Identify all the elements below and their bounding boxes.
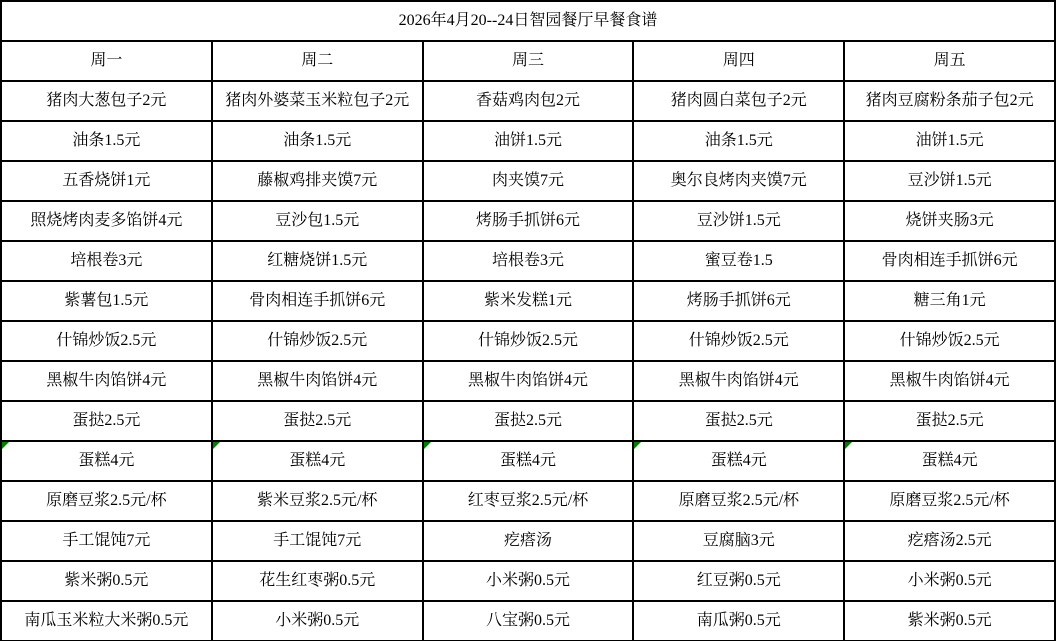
menu-cell: 骨肉相连手抓饼6元 <box>212 281 423 321</box>
cell-note-triangle-icon <box>424 442 431 449</box>
menu-cell: 红枣豆浆2.5元/杯 <box>423 481 634 521</box>
menu-cell: 蛋糕4元 <box>844 441 1055 481</box>
menu-item-label: 南瓜粥0.5元 <box>697 612 781 629</box>
menu-item-label: 五香烧饼1元 <box>62 172 150 189</box>
menu-cell: 烤肠手抓饼6元 <box>633 281 844 321</box>
menu-item-label: 原磨豆浆2.5元/杯 <box>889 492 1009 509</box>
menu-cell: 红糖烧饼1.5元 <box>212 241 423 281</box>
menu-cell: 小米粥0.5元 <box>212 601 423 641</box>
day-header-2: 周二 <box>212 41 423 81</box>
menu-cell: 紫米豆浆2.5元/杯 <box>212 481 423 521</box>
menu-cell: 疙瘩汤2.5元 <box>844 521 1055 561</box>
menu-cell: 什锦炒饭2.5元 <box>423 321 634 361</box>
menu-cell: 紫薯包1.5元 <box>1 281 212 321</box>
menu-item-label: 豆沙包1.5元 <box>275 212 359 229</box>
day-header-1: 周一 <box>1 41 212 81</box>
menu-cell: 骨肉相连手抓饼6元 <box>844 241 1055 281</box>
menu-item-label: 蛋挞2.5元 <box>705 412 773 429</box>
menu-item-label: 油条1.5元 <box>283 132 351 149</box>
menu-item-label: 烤肠手抓饼6元 <box>476 212 580 229</box>
menu-cell: 蛋糕4元 <box>212 441 423 481</box>
menu-cell: 什锦炒饭2.5元 <box>212 321 423 361</box>
table-row: 培根卷3元红糖烧饼1.5元培根卷3元蜜豆卷1.5骨肉相连手抓饼6元 <box>1 241 1055 281</box>
menu-item-label: 紫薯包1.5元 <box>64 292 148 309</box>
menu-item-label: 奥尔良烤肉夹馍7元 <box>671 172 807 189</box>
menu-cell: 猪肉豆腐粉条茄子包2元 <box>844 81 1055 121</box>
menu-item-label: 红豆粥0.5元 <box>697 572 781 589</box>
menu-cell: 豆沙饼1.5元 <box>633 201 844 241</box>
menu-cell: 蛋挞2.5元 <box>1 401 212 441</box>
menu-cell: 蜜豆卷1.5 <box>633 241 844 281</box>
menu-table-body: 猪肉大葱包子2元猪肉外婆菜玉米粒包子2元香菇鸡肉包2元猪肉圆白菜包子2元猪肉豆腐… <box>1 81 1055 641</box>
table-row: 紫米粥0.5元花生红枣粥0.5元小米粥0.5元红豆粥0.5元小米粥0.5元 <box>1 561 1055 601</box>
table-row: 原磨豆浆2.5元/杯紫米豆浆2.5元/杯红枣豆浆2.5元/杯原磨豆浆2.5元/杯… <box>1 481 1055 521</box>
menu-item-label: 红糖烧饼1.5元 <box>267 252 367 269</box>
menu-item-label: 糖三角1元 <box>914 292 986 309</box>
menu-item-label: 八宝粥0.5元 <box>486 612 570 629</box>
menu-cell: 油条1.5元 <box>1 121 212 161</box>
menu-cell: 肉夹馍7元 <box>423 161 634 201</box>
table-row: 手工馄饨7元手工馄饨7元疙瘩汤豆腐脑3元疙瘩汤2.5元 <box>1 521 1055 561</box>
menu-cell: 什锦炒饭2.5元 <box>844 321 1055 361</box>
menu-item-label: 黑椒牛肉馅饼4元 <box>257 372 377 389</box>
menu-item-label: 蛋糕4元 <box>500 452 556 469</box>
menu-item-label: 烤肠手抓饼6元 <box>687 292 791 309</box>
menu-item-label: 紫米豆浆2.5元/杯 <box>257 492 377 509</box>
menu-cell: 豆沙包1.5元 <box>212 201 423 241</box>
menu-cell: 黑椒牛肉馅饼4元 <box>844 361 1055 401</box>
menu-item-label: 豆腐脑3元 <box>703 532 775 549</box>
menu-cell: 蛋糕4元 <box>1 441 212 481</box>
table-row: 蛋挞2.5元蛋挞2.5元蛋挞2.5元蛋挞2.5元蛋挞2.5元 <box>1 401 1055 441</box>
menu-cell: 猪肉圆白菜包子2元 <box>633 81 844 121</box>
menu-item-label: 骨肉相连手抓饼6元 <box>882 252 1018 269</box>
menu-item-label: 蛋糕4元 <box>711 452 767 469</box>
menu-item-label: 油条1.5元 <box>705 132 773 149</box>
menu-cell: 蛋挞2.5元 <box>633 401 844 441</box>
menu-item-label: 花生红枣粥0.5元 <box>259 572 375 589</box>
menu-item-label: 香菇鸡肉包2元 <box>476 92 580 109</box>
menu-item-label: 黑椒牛肉馅饼4元 <box>679 372 799 389</box>
table-row: 蛋糕4元蛋糕4元蛋糕4元蛋糕4元蛋糕4元 <box>1 441 1055 481</box>
menu-cell: 蛋糕4元 <box>633 441 844 481</box>
menu-cell: 烧饼夹肠3元 <box>844 201 1055 241</box>
menu-item-label: 肉夹馍7元 <box>492 172 564 189</box>
menu-item-label: 蛋糕4元 <box>78 452 134 469</box>
menu-cell: 油条1.5元 <box>633 121 844 161</box>
menu-item-label: 什锦炒饭2.5元 <box>689 332 789 349</box>
menu-cell: 南瓜玉米粒大米粥0.5元 <box>1 601 212 641</box>
menu-item-label: 猪肉大葱包子2元 <box>46 92 166 109</box>
menu-cell: 藤椒鸡排夹馍7元 <box>212 161 423 201</box>
menu-cell: 糖三角1元 <box>844 281 1055 321</box>
menu-cell: 油饼1.5元 <box>423 121 634 161</box>
day-header-5: 周五 <box>844 41 1055 81</box>
menu-item-label: 油饼1.5元 <box>916 132 984 149</box>
menu-item-label: 黑椒牛肉馅饼4元 <box>890 372 1010 389</box>
menu-cell: 蛋挞2.5元 <box>423 401 634 441</box>
menu-item-label: 原磨豆浆2.5元/杯 <box>46 492 166 509</box>
menu-cell: 油条1.5元 <box>212 121 423 161</box>
menu-cell: 什锦炒饭2.5元 <box>1 321 212 361</box>
menu-cell: 培根卷3元 <box>423 241 634 281</box>
menu-cell: 猪肉大葱包子2元 <box>1 81 212 121</box>
menu-item-label: 什锦炒饭2.5元 <box>56 332 156 349</box>
menu-cell: 南瓜粥0.5元 <box>633 601 844 641</box>
cell-note-triangle-icon <box>213 442 220 449</box>
menu-cell: 疙瘩汤 <box>423 521 634 561</box>
menu-item-label: 红枣豆浆2.5元/杯 <box>468 492 588 509</box>
menu-item-label: 紫米发糕1元 <box>484 292 572 309</box>
menu-cell: 黑椒牛肉馅饼4元 <box>1 361 212 401</box>
menu-cell: 小米粥0.5元 <box>844 561 1055 601</box>
menu-cell: 蛋挞2.5元 <box>844 401 1055 441</box>
table-row: 黑椒牛肉馅饼4元黑椒牛肉馅饼4元黑椒牛肉馅饼4元黑椒牛肉馅饼4元黑椒牛肉馅饼4元 <box>1 361 1055 401</box>
table-row: 照烧烤肉麦多馅饼4元豆沙包1.5元烤肠手抓饼6元豆沙饼1.5元烧饼夹肠3元 <box>1 201 1055 241</box>
menu-item-label: 紫米粥0.5元 <box>64 572 148 589</box>
menu-cell: 八宝粥0.5元 <box>423 601 634 641</box>
menu-cell: 蛋挞2.5元 <box>212 401 423 441</box>
menu-item-label: 骨肉相连手抓饼6元 <box>249 292 385 309</box>
menu-item-label: 小米粥0.5元 <box>486 572 570 589</box>
menu-item-label: 什锦炒饭2.5元 <box>267 332 367 349</box>
menu-item-label: 培根卷3元 <box>492 252 564 269</box>
cell-note-triangle-icon <box>2 442 9 449</box>
menu-cell: 花生红枣粥0.5元 <box>212 561 423 601</box>
menu-cell: 什锦炒饭2.5元 <box>633 321 844 361</box>
menu-item-label: 蜜豆卷1.5 <box>705 252 773 269</box>
menu-item-label: 原磨豆浆2.5元/杯 <box>679 492 799 509</box>
menu-cell: 手工馄饨7元 <box>212 521 423 561</box>
menu-item-label: 疙瘩汤2.5元 <box>908 532 992 549</box>
menu-item-label: 油条1.5元 <box>72 132 140 149</box>
day-header-4: 周四 <box>633 41 844 81</box>
menu-item-label: 蛋挞2.5元 <box>916 412 984 429</box>
title-row: 2026年4月20--24日智园餐厅早餐食谱 <box>1 1 1055 41</box>
menu-cell: 豆腐脑3元 <box>633 521 844 561</box>
menu-item-label: 小米粥0.5元 <box>275 612 359 629</box>
menu-cell: 原磨豆浆2.5元/杯 <box>633 481 844 521</box>
menu-item-label: 豆沙饼1.5元 <box>908 172 992 189</box>
menu-item-label: 猪肉外婆菜玉米粒包子2元 <box>225 92 409 109</box>
menu-item-label: 紫米粥0.5元 <box>908 612 992 629</box>
menu-cell: 紫米发糕1元 <box>423 281 634 321</box>
menu-item-label: 豆沙饼1.5元 <box>697 212 781 229</box>
menu-cell: 黑椒牛肉馅饼4元 <box>212 361 423 401</box>
table-row: 南瓜玉米粒大米粥0.5元小米粥0.5元八宝粥0.5元南瓜粥0.5元紫米粥0.5元 <box>1 601 1055 641</box>
menu-cell: 猪肉外婆菜玉米粒包子2元 <box>212 81 423 121</box>
menu-item-label: 藤椒鸡排夹馍7元 <box>257 172 377 189</box>
menu-item-label: 什锦炒饭2.5元 <box>478 332 578 349</box>
menu-item-label: 黑椒牛肉馅饼4元 <box>468 372 588 389</box>
menu-item-label: 蛋挞2.5元 <box>283 412 351 429</box>
menu-item-label: 油饼1.5元 <box>494 132 562 149</box>
menu-cell: 红豆粥0.5元 <box>633 561 844 601</box>
menu-table: 2026年4月20--24日智园餐厅早餐食谱 周一周二周三周四周五 猪肉大葱包子… <box>0 0 1056 641</box>
cell-note-triangle-icon <box>634 442 641 449</box>
menu-cell: 奥尔良烤肉夹馍7元 <box>633 161 844 201</box>
menu-cell: 紫米粥0.5元 <box>844 601 1055 641</box>
menu-cell: 香菇鸡肉包2元 <box>423 81 634 121</box>
menu-cell: 小米粥0.5元 <box>423 561 634 601</box>
page-title: 2026年4月20--24日智园餐厅早餐食谱 <box>1 1 1055 41</box>
menu-cell: 五香烧饼1元 <box>1 161 212 201</box>
cell-note-triangle-icon <box>845 442 852 449</box>
menu-item-label: 小米粥0.5元 <box>908 572 992 589</box>
breakfast-menu-sheet: 2026年4月20--24日智园餐厅早餐食谱 周一周二周三周四周五 猪肉大葱包子… <box>0 0 1056 641</box>
menu-cell: 紫米粥0.5元 <box>1 561 212 601</box>
menu-cell: 黑椒牛肉馅饼4元 <box>633 361 844 401</box>
menu-item-label: 猪肉豆腐粉条茄子包2元 <box>866 92 1034 109</box>
menu-item-label: 蛋挞2.5元 <box>494 412 562 429</box>
menu-item-label: 培根卷3元 <box>70 252 142 269</box>
menu-cell: 烤肠手抓饼6元 <box>423 201 634 241</box>
header-row: 周一周二周三周四周五 <box>1 41 1055 81</box>
menu-cell: 培根卷3元 <box>1 241 212 281</box>
menu-item-label: 黑椒牛肉馅饼4元 <box>46 372 166 389</box>
menu-cell: 手工馄饨7元 <box>1 521 212 561</box>
day-header-3: 周三 <box>423 41 634 81</box>
menu-item-label: 什锦炒饭2.5元 <box>900 332 1000 349</box>
table-row: 油条1.5元油条1.5元油饼1.5元油条1.5元油饼1.5元 <box>1 121 1055 161</box>
menu-cell: 黑椒牛肉馅饼4元 <box>423 361 634 401</box>
table-row: 猪肉大葱包子2元猪肉外婆菜玉米粒包子2元香菇鸡肉包2元猪肉圆白菜包子2元猪肉豆腐… <box>1 81 1055 121</box>
menu-item-label: 蛋糕4元 <box>922 452 978 469</box>
menu-item-label: 蛋糕4元 <box>289 452 345 469</box>
menu-item-label: 手工馄饨7元 <box>273 532 361 549</box>
menu-cell: 原磨豆浆2.5元/杯 <box>1 481 212 521</box>
menu-cell: 豆沙饼1.5元 <box>844 161 1055 201</box>
menu-cell: 蛋糕4元 <box>423 441 634 481</box>
menu-item-label: 蛋挞2.5元 <box>72 412 140 429</box>
menu-cell: 油饼1.5元 <box>844 121 1055 161</box>
menu-item-label: 猪肉圆白菜包子2元 <box>671 92 807 109</box>
table-row: 五香烧饼1元藤椒鸡排夹馍7元肉夹馍7元奥尔良烤肉夹馍7元豆沙饼1.5元 <box>1 161 1055 201</box>
menu-item-label: 南瓜玉米粒大米粥0.5元 <box>24 612 188 629</box>
table-row: 什锦炒饭2.5元什锦炒饭2.5元什锦炒饭2.5元什锦炒饭2.5元什锦炒饭2.5元 <box>1 321 1055 361</box>
menu-item-label: 手工馄饨7元 <box>62 532 150 549</box>
menu-item-label: 疙瘩汤 <box>504 532 552 549</box>
menu-item-label: 烧饼夹肠3元 <box>906 212 994 229</box>
menu-cell: 照烧烤肉麦多馅饼4元 <box>1 201 212 241</box>
menu-item-label: 照烧烤肉麦多馅饼4元 <box>30 212 182 229</box>
menu-cell: 原磨豆浆2.5元/杯 <box>844 481 1055 521</box>
table-row: 紫薯包1.5元骨肉相连手抓饼6元紫米发糕1元烤肠手抓饼6元糖三角1元 <box>1 281 1055 321</box>
